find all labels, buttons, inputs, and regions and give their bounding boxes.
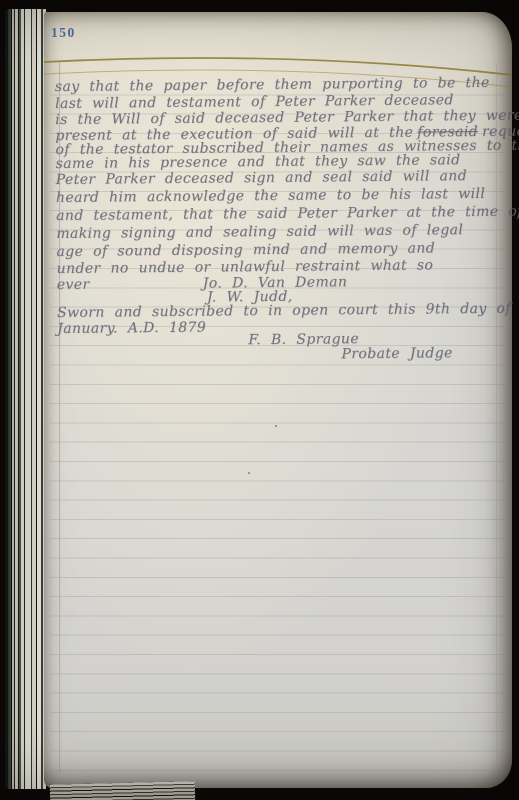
manuscript-line-8: heard him acknowledge the same to be his…: [56, 186, 485, 206]
book-binding-page-edges: [5, 9, 46, 789]
paper-speck: [248, 472, 250, 474]
bottom-page-edges: [50, 781, 195, 800]
attestation-line-1: Sworn and subscribed to in open court th…: [57, 301, 511, 321]
ledger-page: 150 say that the paper before them purpo…: [44, 12, 512, 788]
attestation-line-2: January. A.D. 1879: [57, 320, 206, 337]
paper-speck: [275, 425, 277, 427]
manuscript-line-12: under no undue or unlawful restraint wha…: [57, 257, 434, 277]
manuscript-line-7: Peter Parker deceased sign and seal said…: [56, 168, 467, 188]
manuscript-line-9: and testament, that the said Peter Parke…: [56, 204, 519, 224]
manuscript-line-10: making signing and sealing said will was…: [56, 222, 463, 242]
handwritten-court-entry: say that the paper before them purportin…: [54, 20, 503, 384]
ledger-photograph: 150 say that the paper before them purpo…: [0, 0, 519, 800]
judge-title: Probate Judge: [341, 345, 452, 362]
manuscript-line-13: ever: [57, 277, 90, 293]
